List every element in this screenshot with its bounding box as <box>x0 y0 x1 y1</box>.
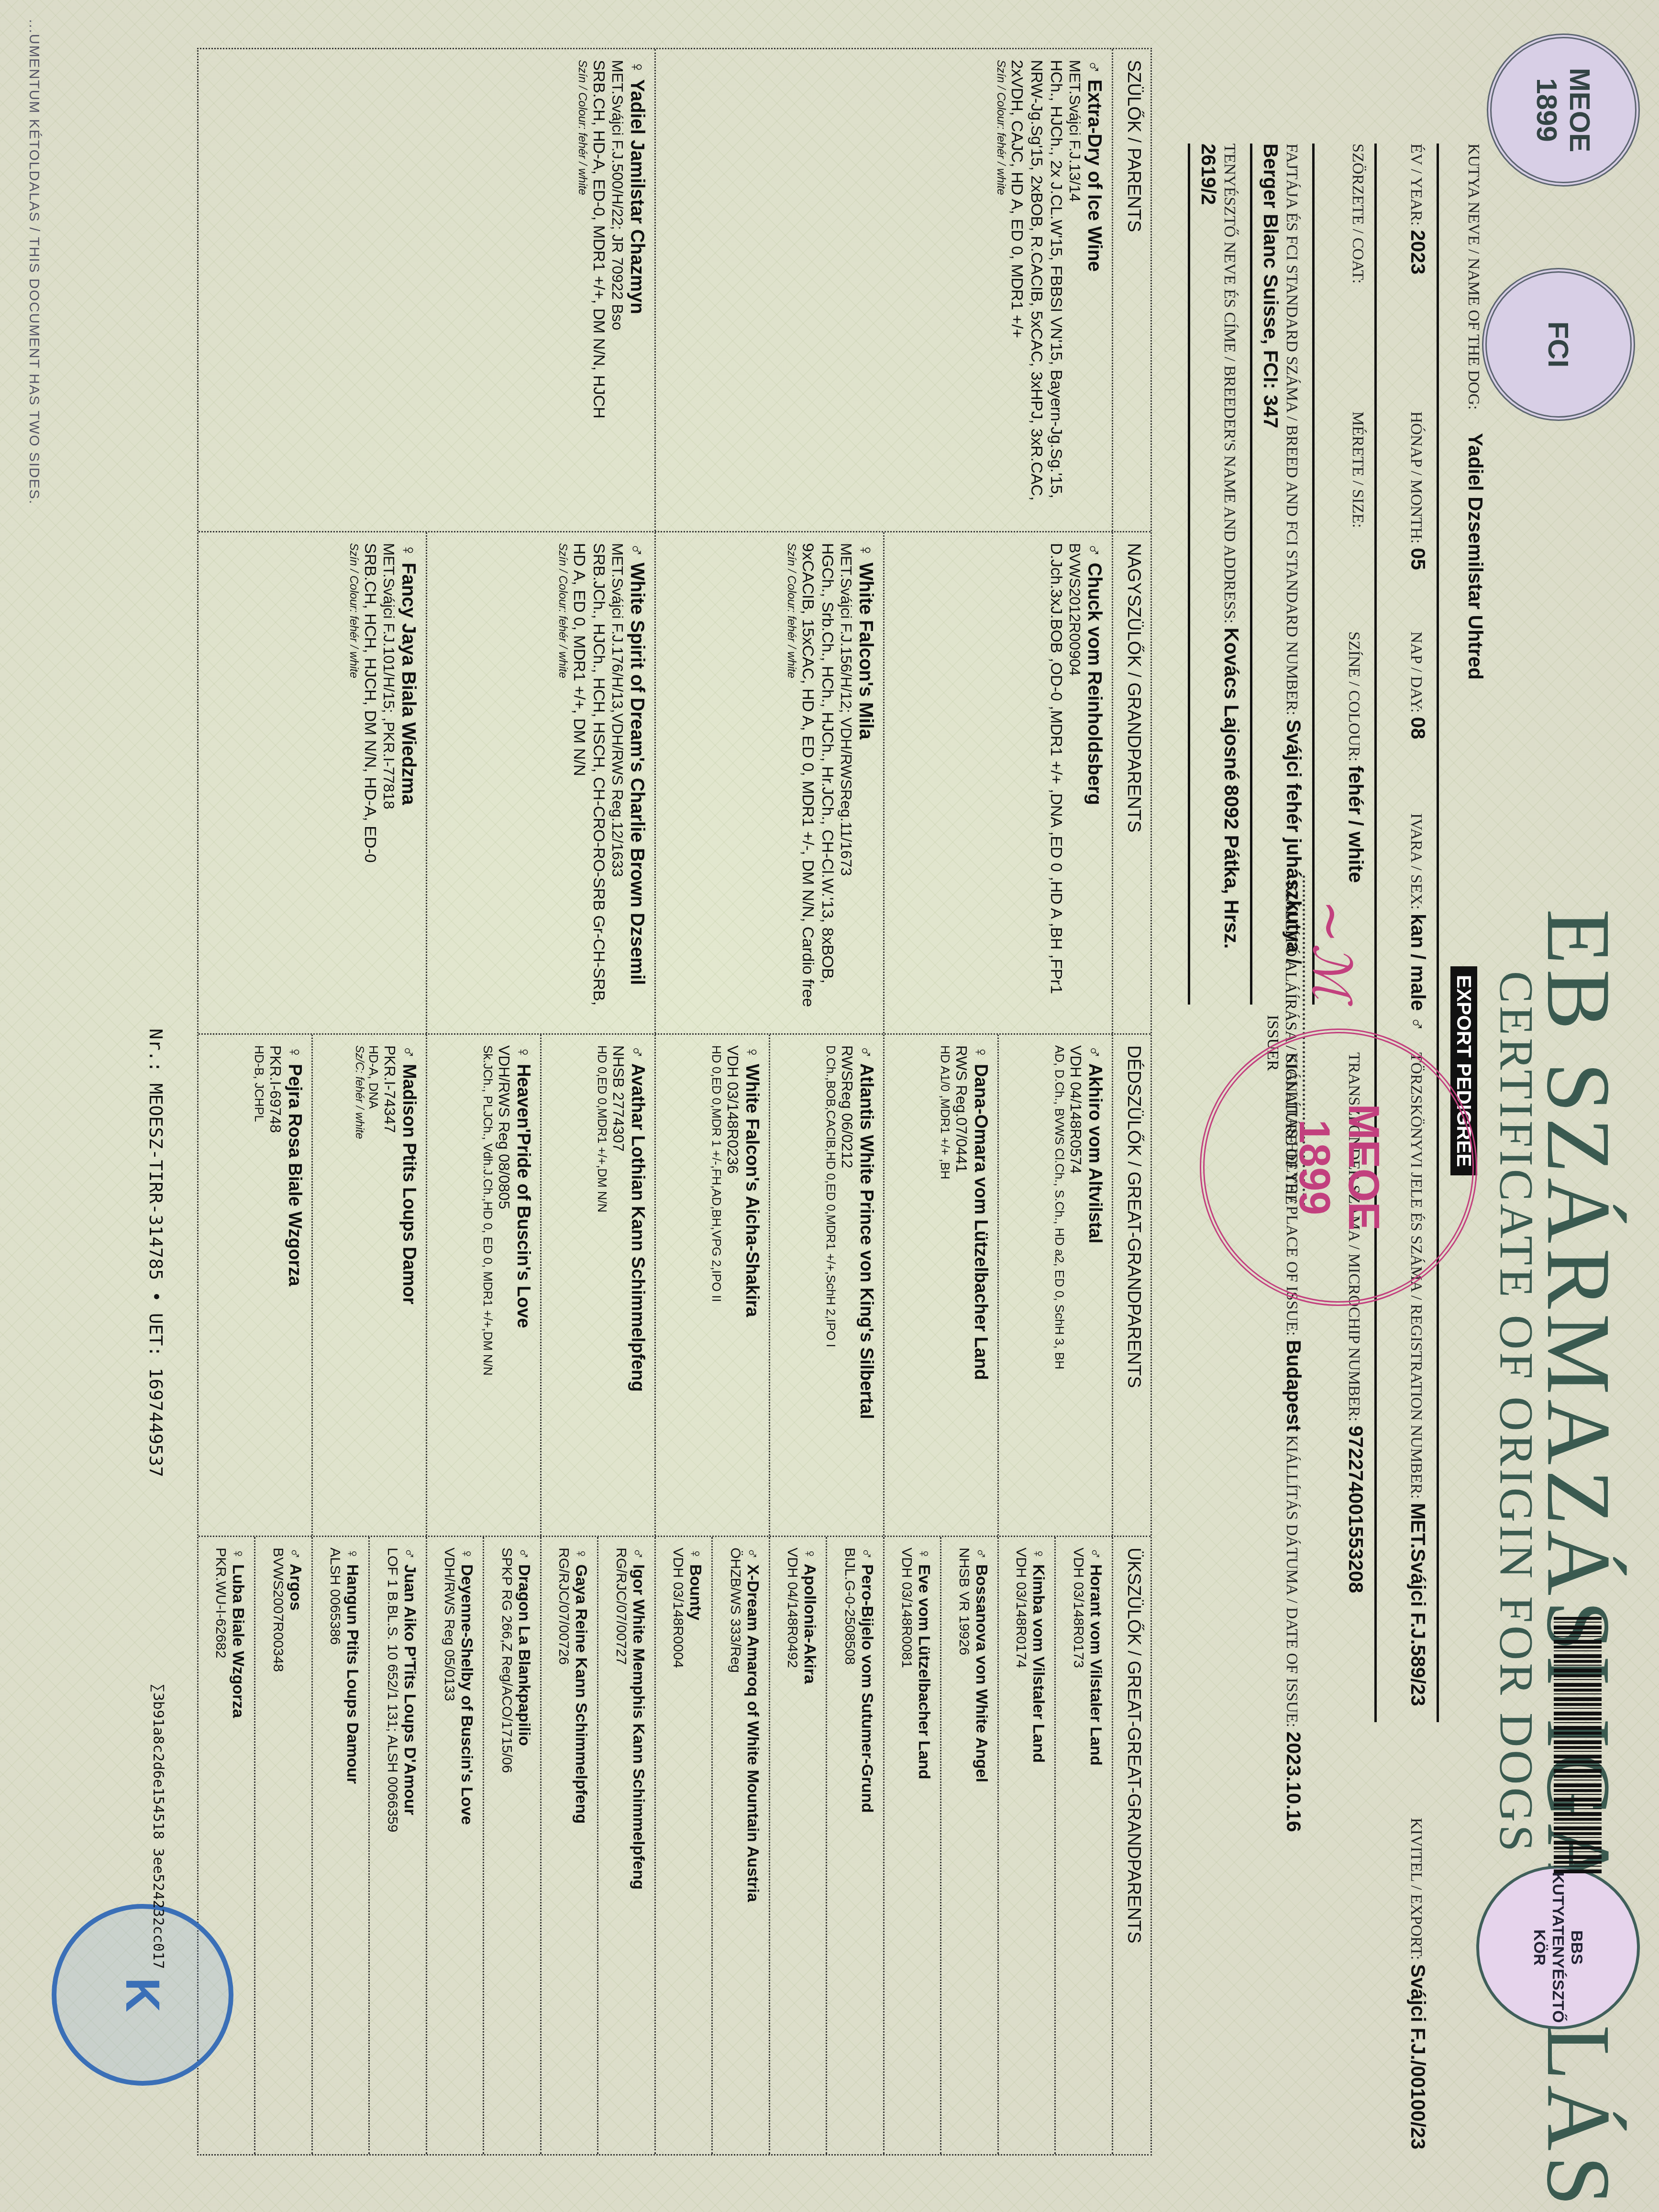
ancestor-name: ♂ Atlantis White Prince von King's Silbe… <box>856 1045 876 1525</box>
ancestor-registration: BVWS2012R00904 <box>1066 543 1084 1023</box>
pedigree-certificate: MEOE1899 FCI EB SZÁRMAZÁSI IGAZOLÁS CERT… <box>0 0 1659 2212</box>
ancestor-name: ♂ Dragon La Blankpapilio <box>515 1548 533 2144</box>
barcode <box>1554 1617 1602 1875</box>
kennel-stamp-text: K <box>115 1978 170 2012</box>
ancestor-cell: ♀ Fancy Jaya Biala WiedzmaMET.Svájci F.J… <box>199 532 426 1033</box>
ancestor-name: ♂ Chuck vom Reinholdsberg <box>1084 543 1105 1023</box>
ancestor-registration: VDH/RWS Reg 05/0133 <box>442 1548 458 2144</box>
two-sides-note: ...UMENTUM KÉTOLDALAS / THIS DOCUMENT HA… <box>26 19 42 505</box>
ancestor-name: ♀ Hangun Ptits Loups Damour <box>343 1548 362 2144</box>
ancestor-cell: ♀ Luba Biale WzgorzaPKR.WU-I-62682 <box>199 1537 254 2154</box>
ancestor-titles: Sk.JCh., PLJCh., Vdh.J.Ch.,HD 0, ED 0, M… <box>480 1045 495 1525</box>
grandparents-column: NAGYSZÜLŐK / GRANDPARENTS ♂ Chuck vom Re… <box>199 532 1150 1035</box>
document-hash: ∑3b91a8c2d6e154518 3ee524232cc017 <box>150 1684 166 1969</box>
issuer-stamp-icon: MEOE1899 <box>1200 1029 1477 1306</box>
ancestor-titles: D.Jch.3xJ.BOB ,OD-0 ,MDR1 +/+ ,DNA ,ED 0… <box>1046 543 1066 1023</box>
fci-seal-text: FCI <box>1542 321 1575 368</box>
ancestor-name: ♀ Gaya Reine Kann Schimmelpfeng <box>572 1548 591 2144</box>
ancestor-cell: ♀ White Falcon's MilaMET.Svájci F.J.156/… <box>654 532 883 1033</box>
meoe-seal-text: MEOE1899 <box>1530 68 1596 153</box>
ancestor-name: ♂ Pero-Bijelo vom Sutumer-Grund <box>858 1548 876 2144</box>
certificate-subtitle: CERTIFICATE OF ORIGIN FOR DOGS <box>1489 971 1544 1854</box>
ancestor-colour: Szín / Colour: fehér / white <box>785 543 798 1023</box>
ancestor-registration: ALSH 0065386 <box>327 1548 343 2144</box>
kennel-club-stamp-icon: K <box>52 1904 233 2086</box>
ancestor-cell: ♂ Igor White Memphis Kann SchimmelpfengR… <box>597 1537 655 2154</box>
ancestor-cell: ♂ Extra-Dry of Ice WineMET.Svájci F.J.13… <box>654 49 1112 531</box>
ancestor-name: ♀ Luba Biale Wzgorza <box>229 1548 248 2144</box>
ancestor-registration: LOF 1 B.BL.S. 10 652/1 131; ALSH 0066359 <box>384 1548 400 2144</box>
ancestor-name: ♂ Bossanova von White Angel <box>972 1548 991 2144</box>
ancestor-registration: RG/RJC/07/00727 <box>613 1548 629 2144</box>
column-header: DÉDSZÜLŐK / GREAT-GRANDPARENTS <box>1112 1035 1150 1536</box>
ancestor-colour: Sz/C: fehér / white <box>353 1045 366 1525</box>
registration-number: MET.Svájci F.J.589/23 <box>1407 1503 1429 1706</box>
ancestor-cell: ♂ Pero-Bijelo vom Sutumer-GrundBIJL.G-0-… <box>826 1537 884 2154</box>
dog-name: Yadiel Dzsemilstar Uhtred <box>1464 433 1487 680</box>
breeder-row: TENYÉSZTŐ NEVE ÉS CÍME / BREEDER'S NAME … <box>1196 144 1243 1005</box>
ancestor-registration: MET.Svájci F.J.13/14 <box>1066 60 1084 520</box>
ancestor-registration: BVWS2007R00348 <box>270 1548 286 2144</box>
ancestor-titles: AD, D.Ch., BVWS Cl.Ch., S.Ch., HD a2, ED… <box>1052 1045 1067 1525</box>
fci-seal-icon: FCI <box>1482 268 1635 421</box>
ancestor-name: ♂ Argos <box>286 1548 305 2144</box>
ancestor-cell: ♀ Yadiel Jamilstar ChazmynMET.Svájci F.J… <box>199 49 654 531</box>
ancestor-cell: ♀ Kimba vom Vilstaler LandVDH 03/148R017… <box>997 1537 1055 2154</box>
ancestor-name: ♂ Juan Aiko P'Tits Loups D'Amour <box>400 1548 419 2144</box>
ancestor-name: ♀ Yadiel Jamilstar Chazmyn <box>626 60 648 520</box>
ancestor-cell: ♀ Eve vom Lützelbacher LandVDH 03/148R00… <box>883 1537 940 2154</box>
ancestor-cell: ♂ Madison Ptits Loups DamorPKR.I-74347HD… <box>311 1035 426 1536</box>
ancestor-colour: Szín / Colour: fehér / white <box>994 60 1007 520</box>
ancestor-registration: VDH 03/148R0174 <box>1013 1548 1029 2144</box>
ancestor-name: ♀ Dana-Omara vom Lützelbacher Land <box>970 1045 991 1525</box>
ancestor-registration: MET.Svájci F.J.500/H/22; JR 70922 Bso <box>608 60 626 520</box>
document-number: Nr.: MEOESZ-TIRR-314785 • UET: 169744953… <box>145 1029 166 1477</box>
ancestor-name: ♀ Deyenne-Shelby of Buscin's Love <box>458 1548 476 2144</box>
bbs-club-seal-icon: BBSKUTYATENYÉSZTŐKÖR <box>1476 1866 1640 2029</box>
ancestor-cell: ♂ Atlantis White Prince von King's Silbe… <box>769 1035 883 1536</box>
ancestor-cell: ♂ Akhiro vom AltvilstalVDH 04/148R0574AD… <box>997 1035 1112 1536</box>
ancestor-registration: NHSB VR 19926 <box>956 1548 972 2144</box>
ancestor-cell: ♀ Gaya Reine Kann SchimmelpfengRG/RJC/07… <box>540 1537 597 2154</box>
ancestor-name: ♂ Igor White Memphis Kann Schimmelpfeng <box>629 1548 648 2144</box>
ancestor-cell: ♂ X-Dream Amaroq of White Mountain Austr… <box>712 1537 769 2154</box>
ancestor-titles: HD A1/0 ,MDR1 +/+ ,BH <box>938 1045 952 1525</box>
ancestor-name: ♀ White Falcon's Aicha-Shakira <box>741 1045 762 1525</box>
ancestor-name: ♀ Pejra Rosa Biale Wzgorza <box>284 1045 305 1525</box>
ancestor-titles: SRB.CH, HD-A, ED-0, MDR1 +/+, DM N/N, HJ… <box>589 60 608 520</box>
ancestor-name: ♀ Heaven'Pride of Buscin's Love <box>513 1045 533 1525</box>
birth-day: NAP / DAY: 08 <box>1406 631 1429 739</box>
export-row: KIVITEL / EXPORT: Svájci F.J./00100/23 <box>1406 1818 1429 2149</box>
ancestor-cell: ♂ White Spirit of Dream's Charlie Brown … <box>426 532 654 1033</box>
birth-month: HÓNAP / MONTH: 05 <box>1406 411 1429 570</box>
pedigree-table: SZÜLŐK / PARENTS ♂ Extra-Dry of Ice Wine… <box>197 48 1152 2156</box>
ancestor-cell: ♂ ArgosBVWS2007R00348 <box>254 1537 312 2154</box>
divider <box>1250 144 1252 1005</box>
ancestor-titles: HD-A, DNA <box>366 1045 381 1525</box>
ancestor-name: ♀ Fancy Jaya Biala Wiedzma <box>398 543 419 1023</box>
ancestor-registration: SPKP RG 266,Z Reg/ACO/1715/06 <box>498 1548 515 2144</box>
ancestor-registration: VDH 04/148R0492 <box>785 1548 801 2144</box>
ancestor-registration: ÖHZB/WS 333/Reg <box>727 1548 743 2144</box>
issuer-stamp-text: MEOE1899 <box>1289 1104 1388 1230</box>
ancestor-registration: VDH 03/148R0004 <box>670 1548 686 2144</box>
divider <box>1312 144 1315 1005</box>
ancestor-name: ♀ Eve vom Lützelbacher Land <box>915 1548 934 2144</box>
ancestor-registration: BIJL.G-0-2508508 <box>841 1548 858 2144</box>
ancestor-cell: ♂ Juan Aiko P'Tits Loups D'AmourLOF 1 B.… <box>369 1537 426 2154</box>
ancestor-cell: ♀ Dana-Omara vom Lützelbacher LandRWS Re… <box>883 1035 997 1536</box>
ancestor-cell: ♀ BountyVDH 03/148R0004 <box>654 1537 712 2154</box>
ancestor-name: ♂ Akhiro vom Altvilstal <box>1084 1045 1105 1525</box>
divider <box>1437 144 1439 1722</box>
bbs-seal-text: BBSKUTYATENYÉSZTŐKÖR <box>1530 1872 1586 2023</box>
ancestor-cell: ♀ White Falcon's Aicha-ShakiraVDH 03/148… <box>654 1035 769 1536</box>
ancestor-registration: VDH 03/148R0236 <box>724 1045 741 1525</box>
ancestor-registration: RWSReg 06/0212 <box>838 1045 856 1525</box>
ancestor-registration: RWS Reg.07/0441 <box>952 1045 970 1525</box>
date-of-issue: KIÁLLÍTÁS DÁTUMA / DATE OF ISSUE: 2023.1… <box>1282 1435 1305 1832</box>
ancestor-cell: ♀ Apollonia-AkiraVDH 04/148R0492 <box>769 1537 826 2154</box>
ancestor-titles: HGCh., Srb.Ch., HCh., HJCh., Hr.JCh., CH… <box>798 543 837 1023</box>
birth-year: ÉV / YEAR: 2023 <box>1406 144 1429 275</box>
coat: SZÖRZETE / COAT: <box>1349 144 1367 284</box>
ancestor-cell: ♂ Bossanova von White AngelNHSB VR 19926 <box>940 1537 998 2154</box>
issuer-signature: ~ℳ <box>1301 899 1362 1000</box>
ancestor-registration: PKR.WU-I-62682 <box>213 1548 229 2144</box>
meoe-seal-icon: MEOE1899 <box>1487 33 1640 187</box>
ancestor-cell: ♀ Hangun Ptits Loups DamourALSH 0065386 <box>311 1537 369 2154</box>
dog-name-label: KUTYA NEVE / NAME OF THE DOG: <box>1465 144 1482 410</box>
colour: SZÍNE / COLOUR: fehér / white <box>1344 631 1367 883</box>
ancestor-registration: PKR.I-74347 <box>381 1045 398 1525</box>
ancestor-name: ♂ Horant vom Vilstaler Land <box>1086 1548 1105 2144</box>
ancestor-cell: ♂ Avathar Lothian Kann SchimmelpfengNHSB… <box>540 1035 654 1536</box>
ancestor-titles: HCh., HJCh., 2x J.CL.W'15, FBBSI VN'15, … <box>1007 60 1066 520</box>
ancestor-titles: HD 0,ED 0,MDR1 +/+,DM N/N <box>595 1045 609 1525</box>
size: MÉRETE / SIZE: <box>1349 411 1367 528</box>
ancestor-registration: MET.Svájci F.J.101/H/15; ,PKR.I-77818 <box>380 543 398 1023</box>
divider <box>1188 144 1190 1005</box>
parents-column: SZÜLŐK / PARENTS ♂ Extra-Dry of Ice Wine… <box>199 49 1150 532</box>
sex: IVARA / SEX: kan / male ♂ <box>1406 813 1429 1031</box>
ancestor-colour: Szín / Colour: fehér / white <box>347 543 360 1023</box>
ancestor-registration: VDH 03/148R0173 <box>1070 1548 1086 2144</box>
ancestor-name: ♂ Madison Ptits Loups Damor <box>398 1045 419 1525</box>
ancestor-titles: SRB.JCh., HJCh., HCH, HSCH, CH-CRO-RO-SR… <box>569 543 608 1023</box>
divider <box>1374 144 1377 1722</box>
ancestor-name: ♂ White Spirit of Dream's Charlie Brown … <box>626 543 648 1023</box>
column-header: ÜKSZÜLŐK / GREAT-GREAT-GRANDPARENTS <box>1112 1537 1150 2154</box>
ancestor-name: ♀ Bounty <box>686 1548 705 2144</box>
column-header: NAGYSZÜLŐK / GRANDPARENTS <box>1112 532 1150 1033</box>
ancestor-titles: SRB.CH, HCH, HJCH, DM N/N, HD-A, ED-0 <box>360 543 380 1023</box>
ancestor-name: ♀ White Falcon's Mila <box>855 543 876 1023</box>
ancestor-cell: ♀ Pejra Rosa Biale WzgorzaPKR.I-69748HD-… <box>199 1035 311 1536</box>
ancestor-name: ♀ Kimba vom Vilstaler Land <box>1029 1548 1048 2144</box>
ancestor-cell: ♀ Heaven'Pride of Buscin's LoveVDH/RWS R… <box>426 1035 540 1536</box>
ancestor-cell: ♀ Deyenne-Shelby of Buscin's LoveVDH/RWS… <box>426 1537 483 2154</box>
ancestor-registration: VDH 03/148R0081 <box>899 1548 915 2144</box>
ancestor-titles: HD-B, JCHPL <box>252 1045 266 1525</box>
ancestor-registration: RG/RJC/07/00726 <box>556 1548 572 2144</box>
great-grandparents-column: DÉDSZÜLŐK / GREAT-GRANDPARENTS ♂ Akhiro … <box>199 1035 1150 1537</box>
ancestor-registration: PKR.I-69748 <box>266 1045 284 1525</box>
ancestor-registration: MET.Svájci F.J.156/H/12; VDH/RWSReg.11/1… <box>837 543 855 1023</box>
ancestor-titles: HD 0,ED 0,MDR 1 +/-,FH,AD,BH,VPG 2,IPO I… <box>709 1045 724 1525</box>
ancestor-cell: ♂ Horant vom Vilstaler LandVDH 03/148R01… <box>1055 1537 1112 2154</box>
ancestor-registration: MET.Svájci F.J.176/H/13,VDH/RWS Reg.12/1… <box>608 543 626 1023</box>
dog-name-row: KUTYA NEVE / NAME OF THE DOG: Yadiel Dzs… <box>1464 144 1487 909</box>
ancestor-colour: Szín / Colour: fehér / white <box>556 543 569 1023</box>
ancestor-titles: D.Ch.,BOB,CACIB,HD 0,ED 0,MDR1 +/+,SchH … <box>823 1045 838 1525</box>
ancestor-registration: VDH 04/148R0574 <box>1067 1045 1084 1525</box>
microchip-number: 972274001553208 <box>1345 1426 1367 1593</box>
ancestor-name: ♂ X-Dream Amaroq of White Mountain Austr… <box>743 1548 762 2144</box>
ancestor-colour: Szín / Colour: fehér / white <box>575 60 589 520</box>
ancestor-name: ♂ Extra-Dry of Ice Wine <box>1084 60 1105 520</box>
ancestor-name: ♀ Apollonia-Akira <box>801 1548 819 2144</box>
ancestor-registration: NHSB 2774307 <box>609 1045 627 1525</box>
ancestor-name: ♂ Avathar Lothian Kann Schimmelpfeng <box>627 1045 648 1525</box>
ancestor-cell: ♂ Dragon La BlankpapilioSPKP RG 266,Z Re… <box>483 1537 541 2154</box>
great-great-grandparents-column: ÜKSZÜLŐK / GREAT-GREAT-GRANDPARENTS ♂ Ho… <box>199 1537 1150 2154</box>
ancestor-cell: ♂ Chuck vom ReinholdsbergBVWS2012R00904D… <box>883 532 1112 1033</box>
ancestor-registration: VDH/RWS Reg 08/0805 <box>495 1045 513 1525</box>
column-header: SZÜLŐK / PARENTS <box>1112 49 1150 531</box>
